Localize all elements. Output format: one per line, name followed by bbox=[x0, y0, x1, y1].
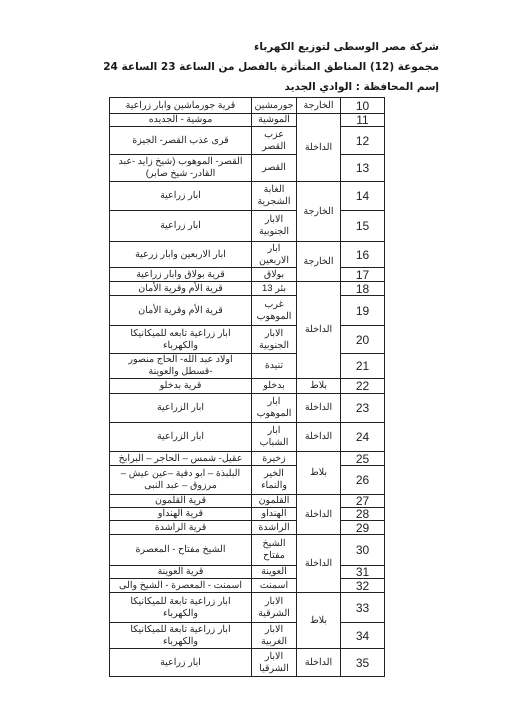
table-row: 30الداخلةالشيخ مفتاحالشيخ مفتاح - المعصر… bbox=[110, 535, 385, 566]
table-row: 12عزب القصرقرى عذب القصر- الجيزة bbox=[110, 127, 385, 155]
sector-cell: بلاط bbox=[297, 379, 341, 394]
description-cell: ابار زراعية تابعه للميكانيكا والكهرباء bbox=[110, 326, 252, 354]
table-row: 10الخارجةجورمشينقرية جورماشين وابار زراع… bbox=[110, 98, 385, 114]
sector-cell: الداخلة bbox=[297, 423, 341, 452]
table-row: 34الابار الغربيةابار زراعية تابعة للميكا… bbox=[110, 623, 385, 649]
group-title: مجموعة (12) المناطق المتأثرة بالفصل من ا… bbox=[103, 61, 439, 73]
table-row: 17بولاققرية بولاق وابار زراعية bbox=[110, 268, 385, 282]
row-number: 24 bbox=[341, 423, 385, 452]
row-number: 11 bbox=[341, 114, 385, 127]
table-row: 16الخارجةابار الاربعينابار الاربعين وابا… bbox=[110, 242, 385, 268]
row-number: 16 bbox=[341, 242, 385, 268]
row-number: 32 bbox=[341, 579, 385, 593]
row-number: 27 bbox=[341, 495, 385, 508]
affected-areas-table: 10الخارجةجورمشينقرية جورماشين وابار زراع… bbox=[109, 97, 385, 677]
row-number: 18 bbox=[341, 282, 385, 296]
description-cell: قرية العوينة bbox=[110, 566, 252, 579]
area-cell: تنيدة bbox=[252, 354, 297, 379]
company-name: شركة مصر الوسطى لتوزيع الكهرباء bbox=[254, 41, 439, 53]
sector-cell: الخارجة bbox=[297, 242, 341, 282]
description-cell: اسمنت - المعصرة - الشيخ والى bbox=[110, 579, 252, 593]
table-row: 32اسمنتاسمنت - المعصرة - الشيخ والى bbox=[110, 579, 385, 593]
description-cell: ابار الاربعين وابار زرعية bbox=[110, 242, 252, 268]
row-number: 17 bbox=[341, 268, 385, 282]
description-cell: قرية الراشدة bbox=[110, 521, 252, 535]
row-number: 15 bbox=[341, 211, 385, 242]
row-number: 10 bbox=[341, 98, 385, 114]
area-cell: القلمون bbox=[252, 495, 297, 508]
row-number: 29 bbox=[341, 521, 385, 535]
description-cell: قرية بدخلو bbox=[110, 379, 252, 394]
description-cell: البلبذة – ابو دفية –عين عيش –مرزوق – عبد… bbox=[110, 466, 252, 495]
table-row: 28الهنداوقرية الهنداو bbox=[110, 508, 385, 521]
row-number: 28 bbox=[341, 508, 385, 521]
row-number: 25 bbox=[341, 452, 385, 466]
area-cell: الابار الشرقية bbox=[252, 593, 297, 623]
governorate-label: إسم المحافظة : الوادي الجديد bbox=[285, 81, 439, 93]
description-cell: قرية الهنداو bbox=[110, 508, 252, 521]
area-cell: الابار الشرقيا bbox=[252, 649, 297, 677]
area-cell: ابار الشباب bbox=[252, 423, 297, 452]
description-cell: قرى عذب القصر- الجيزة bbox=[110, 127, 252, 155]
sector-cell: الداخلة bbox=[297, 535, 341, 593]
row-number: 12 bbox=[341, 127, 385, 155]
area-cell: العوينة bbox=[252, 566, 297, 579]
table-row: 27الداخلةالقلمونقرية القلمون bbox=[110, 495, 385, 508]
row-number: 23 bbox=[341, 394, 385, 423]
description-cell: قرية الأم وقرية الأمان bbox=[110, 296, 252, 326]
description-cell: ابار زراعية تابعة للميكانيكا والكهرباء bbox=[110, 593, 252, 623]
row-number: 31 bbox=[341, 566, 385, 579]
area-cell: غرب الموهوب bbox=[252, 296, 297, 326]
area-cell: عزب القصر bbox=[252, 127, 297, 155]
description-cell: ابار زراعية تابعة للميكانيكا والكهرباء bbox=[110, 623, 252, 649]
area-cell: الشيخ مفتاح bbox=[252, 535, 297, 566]
area-cell: جورمشين bbox=[252, 98, 297, 114]
table-row: 15الابار الجنوبيةابار زراعية bbox=[110, 211, 385, 242]
sector-cell: الداخلة bbox=[297, 649, 341, 677]
area-cell: الابار الجنوبية bbox=[252, 211, 297, 242]
table-row: 21تنيدةاولاد عبد الله- الحاج منصور -قسطل… bbox=[110, 354, 385, 379]
table-row: 35الداخلةالابار الشرقياابار زراعية bbox=[110, 649, 385, 677]
sector-cell: الداخلة bbox=[297, 114, 341, 182]
table-row: 26الخير والنماءالبلبذة – ابو دفية –عين ع… bbox=[110, 466, 385, 495]
table-row: 33بلاطالابار الشرقيةابار زراعية تابعة لل… bbox=[110, 593, 385, 623]
row-number: 13 bbox=[341, 155, 385, 182]
table-row: 11الداخلةالموشيةموشية - الجديده bbox=[110, 114, 385, 127]
row-number: 30 bbox=[341, 535, 385, 566]
description-cell: ابار زراعية bbox=[110, 649, 252, 677]
description-cell: اولاد عبد الله- الحاج منصور -قسطل والعوي… bbox=[110, 354, 252, 379]
sector-cell: بلاط bbox=[297, 452, 341, 495]
area-cell: بدخلو bbox=[252, 379, 297, 394]
row-number: 35 bbox=[341, 649, 385, 677]
sector-cell: الداخلة bbox=[297, 394, 341, 423]
table-row: 29الراشدةقرية الراشدة bbox=[110, 521, 385, 535]
row-number: 33 bbox=[341, 593, 385, 623]
area-cell: زخيرة bbox=[252, 452, 297, 466]
sector-cell: الداخلة bbox=[297, 282, 341, 379]
description-cell: قرية جورماشين وابار زراعية bbox=[110, 98, 252, 114]
area-cell: الابار الغربية bbox=[252, 623, 297, 649]
area-cell: ابار الاربعين bbox=[252, 242, 297, 268]
area-cell: ابار الموهوب bbox=[252, 394, 297, 423]
area-cell: القصر bbox=[252, 155, 297, 182]
description-cell: ابار زراعية bbox=[110, 182, 252, 211]
sector-cell: الخارجة bbox=[297, 98, 341, 114]
area-cell: الابار الجنوبية bbox=[252, 326, 297, 354]
area-cell: الهنداو bbox=[252, 508, 297, 521]
sector-cell: الداخلة bbox=[297, 495, 341, 535]
area-cell: الغابة الشجرية bbox=[252, 182, 297, 211]
description-cell: قرية القلمون bbox=[110, 495, 252, 508]
table-row: 18الداخلةبئر 13قرية الأم وقرية الأمان bbox=[110, 282, 385, 296]
description-cell: القصر- الموهوب (شيخ زايد -عبد القادر- شي… bbox=[110, 155, 252, 182]
row-number: 22 bbox=[341, 379, 385, 394]
table-row: 19غرب الموهوبقرية الأم وقرية الأمان bbox=[110, 296, 385, 326]
row-number: 19 bbox=[341, 296, 385, 326]
table-row: 14الخارجةالغابة الشجريةابار زراعية bbox=[110, 182, 385, 211]
table-row: 13القصرالقصر- الموهوب (شيخ زايد -عبد الق… bbox=[110, 155, 385, 182]
description-cell: ابار زراعية bbox=[110, 211, 252, 242]
sector-cell: بلاط bbox=[297, 593, 341, 649]
area-cell: بئر 13 bbox=[252, 282, 297, 296]
area-cell: الراشدة bbox=[252, 521, 297, 535]
table-row: 24الداخلةابار الشبابابار الزراعية bbox=[110, 423, 385, 452]
description-cell: ابار الزراعية bbox=[110, 423, 252, 452]
row-number: 34 bbox=[341, 623, 385, 649]
description-cell: الشيخ مفتاح - المعصرة bbox=[110, 535, 252, 566]
table-row: 20الابار الجنوبيةابار زراعية تابعه للميك… bbox=[110, 326, 385, 354]
table-row: 31العوينةقرية العوينة bbox=[110, 566, 385, 579]
row-number: 20 bbox=[341, 326, 385, 354]
description-cell: موشية - الجديده bbox=[110, 114, 252, 127]
table-row: 22بلاطبدخلوقرية بدخلو bbox=[110, 379, 385, 394]
table-row: 25بلاطزخيرةعقيل- شمس – الحاجر – البرابخ bbox=[110, 452, 385, 466]
description-cell: قرية الأم وقرية الأمان bbox=[110, 282, 252, 296]
description-cell: ابار الزراعية bbox=[110, 394, 252, 423]
area-cell: اسمنت bbox=[252, 579, 297, 593]
area-cell: بولاق bbox=[252, 268, 297, 282]
area-cell: الخير والنماء bbox=[252, 466, 297, 495]
description-cell: عقيل- شمس – الحاجر – البرابخ bbox=[110, 452, 252, 466]
row-number: 14 bbox=[341, 182, 385, 211]
row-number: 21 bbox=[341, 354, 385, 379]
row-number: 26 bbox=[341, 466, 385, 495]
table-row: 23الداخلةابار الموهوبابار الزراعية bbox=[110, 394, 385, 423]
area-cell: الموشية bbox=[252, 114, 297, 127]
sector-cell: الخارجة bbox=[297, 182, 341, 242]
description-cell: قرية بولاق وابار زراعية bbox=[110, 268, 252, 282]
